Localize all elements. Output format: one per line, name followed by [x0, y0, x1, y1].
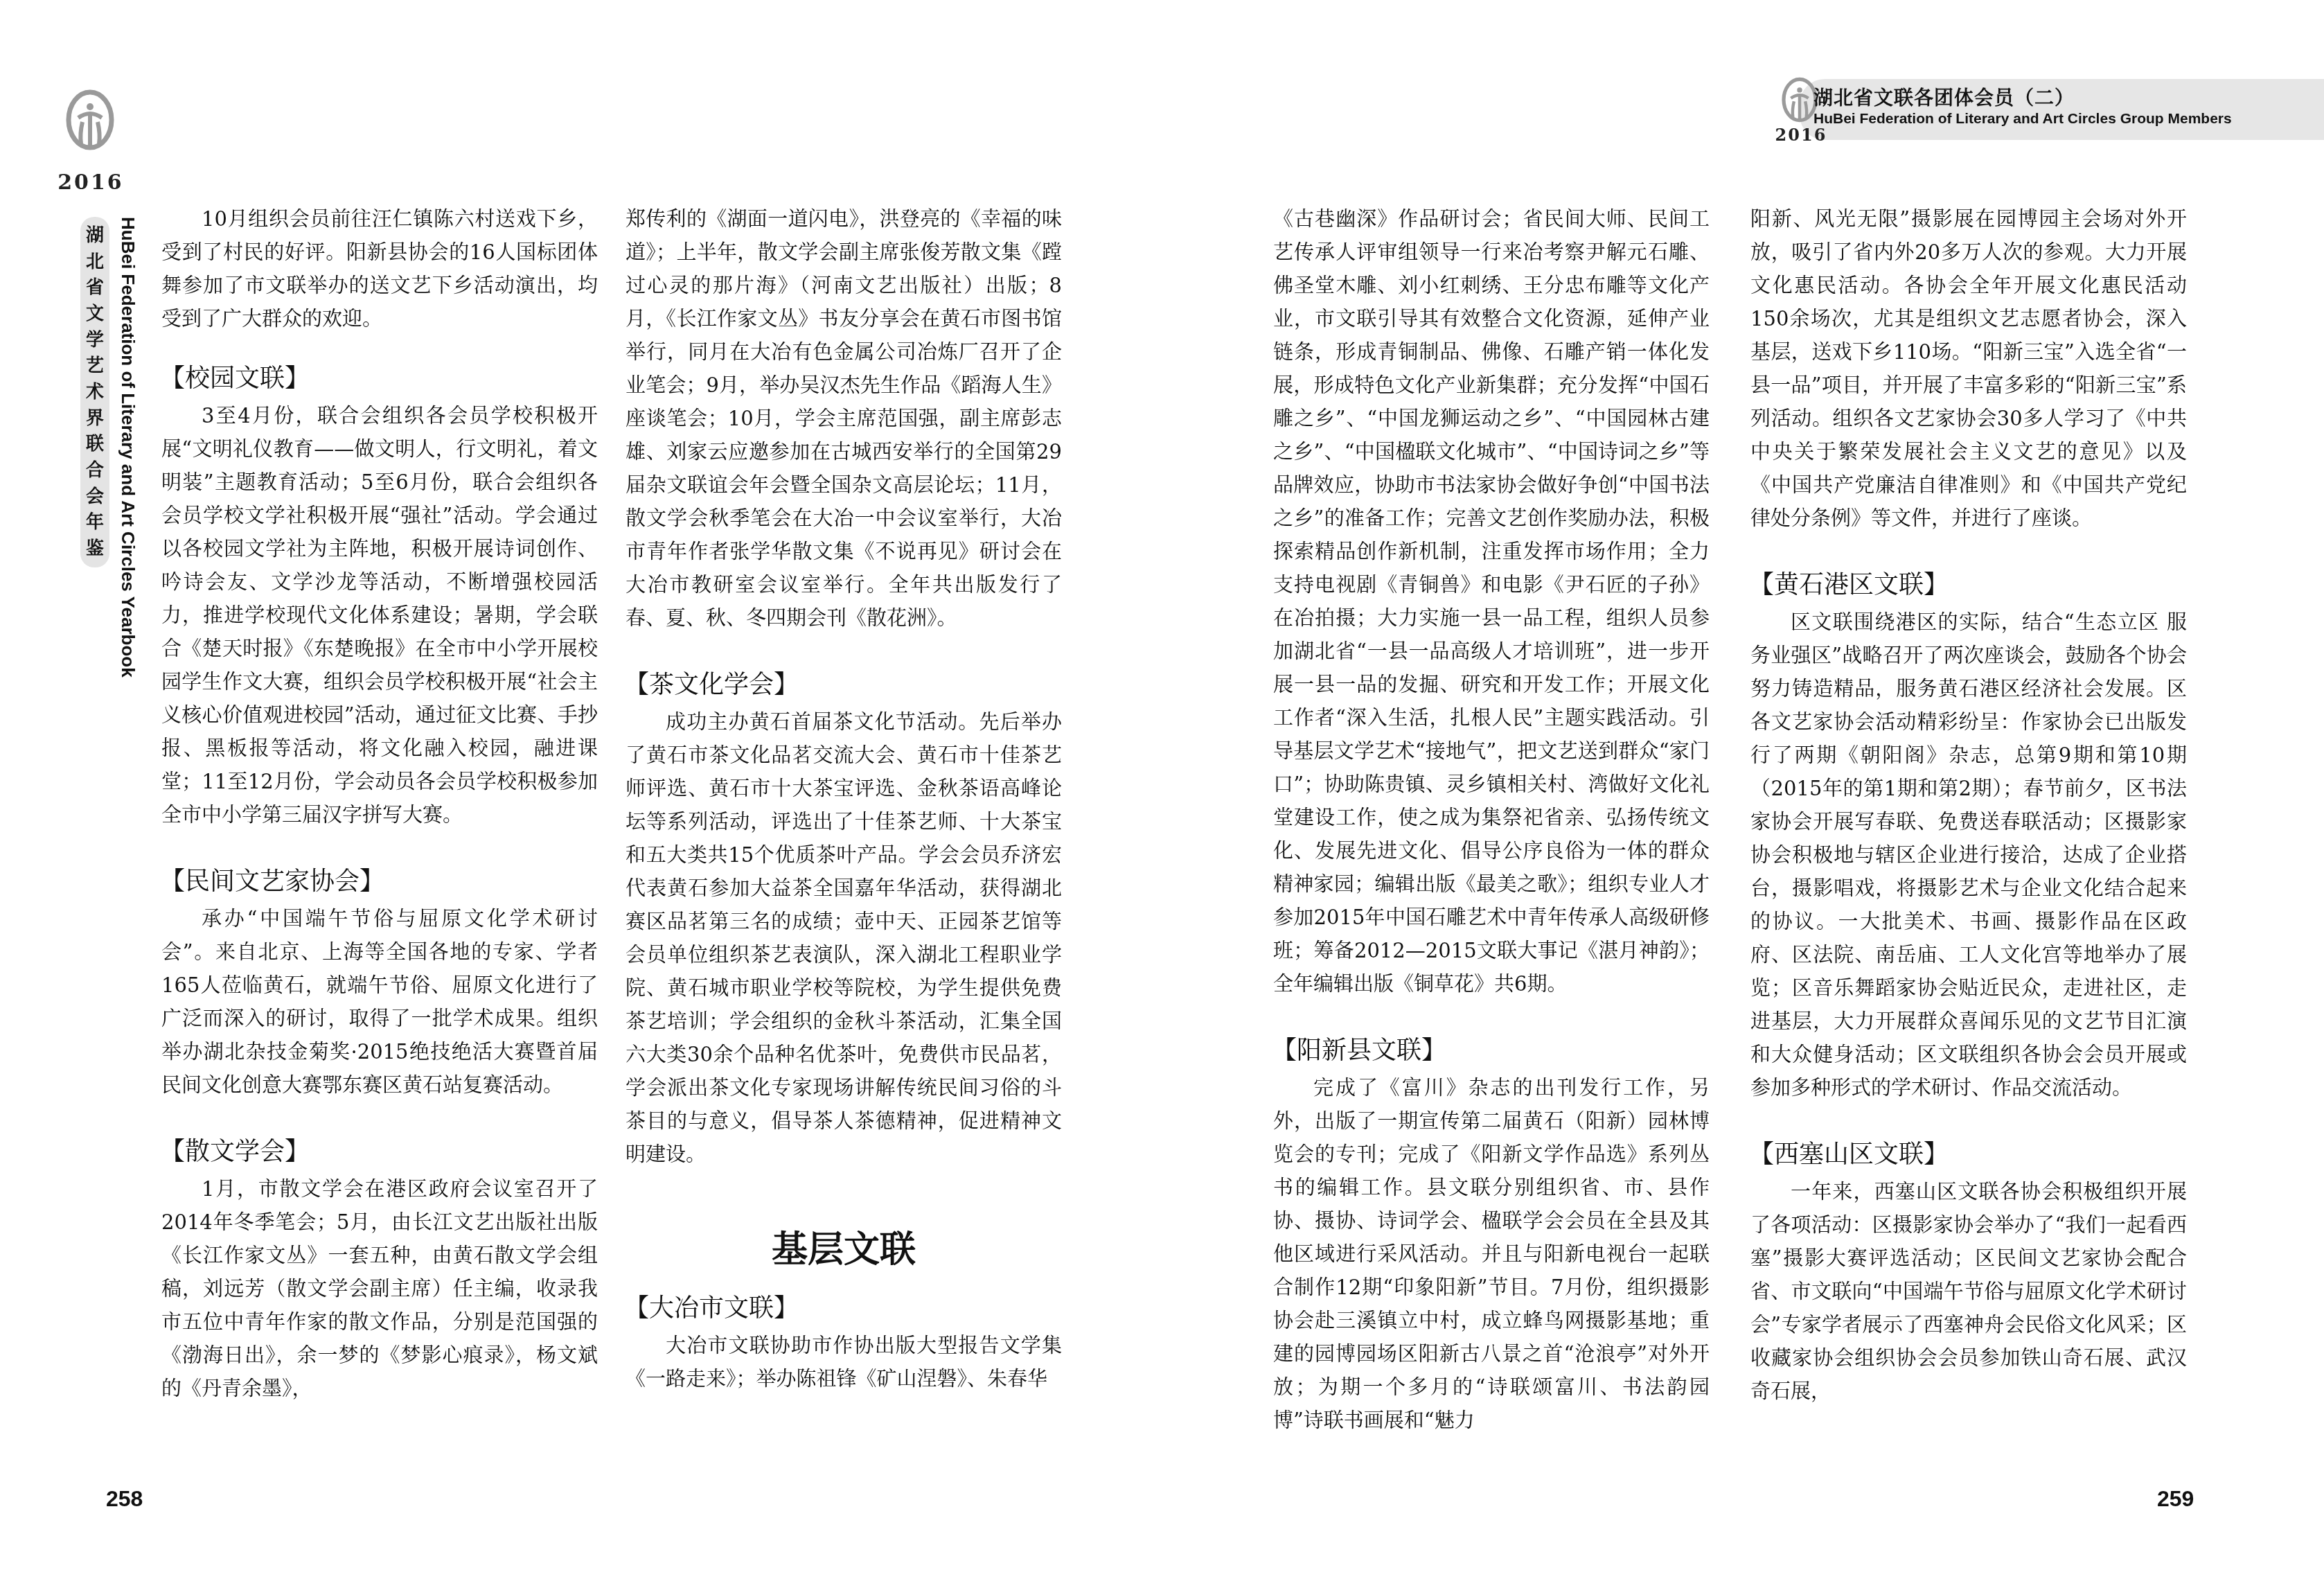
paragraph: 郑传利的《湖面一道闪电》，洪登亮的《幸福的味道》；上半年，散文学会副主席张俊芳散… — [626, 202, 1062, 635]
paragraph: 完成了《富川》杂志的出刊发行工作，另外，出版了一期宣传第二届黄石（阳新）园林博览… — [1273, 1071, 1710, 1437]
spine-char: 鉴 — [86, 540, 104, 558]
section-title: 【黄石港区文联】 — [1749, 568, 2187, 603]
section-title: 【散文学会】 — [160, 1135, 598, 1170]
spine-char: 学 — [86, 331, 104, 349]
running-header-en: HuBei Federation of Literary and Art Cir… — [1813, 111, 2232, 127]
section-title: 【西塞山区文联】 — [1749, 1138, 2187, 1172]
column-1: 10月组织会员前往汪仁镇陈六村送戏下乡，受到了村民的好评。阳新县协会的16人国标… — [161, 202, 598, 1405]
paragraph: 区文联围绕港区的实际，结合“生态立区 服务业强区”战略召开了两次座谈会，鼓励各个… — [1750, 606, 2187, 1104]
paragraph: 大冶市文联协助市作协出版大型报告文学集《一路走来》；举办陈祖锋《矿山涅磐》、朱春… — [626, 1329, 1062, 1395]
spine-char: 文 — [86, 305, 104, 323]
column-4: 阳新、风光无限”摄影展在园博园主会场对外开放，吸引了省内外20多万人次的参观。大… — [1750, 202, 2187, 1408]
spine-char: 艺 — [86, 357, 104, 375]
section-title: 【民间文艺家协会】 — [160, 865, 598, 899]
paragraph: 《古巷幽深》作品研讨会；省民间大师、民间工艺传承人评审组领导一行来冶考察尹解元石… — [1273, 202, 1710, 1000]
paragraph: 3至4月份，联合会组织各会员学校积极开展“文明礼仪教育——做文明人，行文明礼，着… — [161, 399, 598, 831]
yearbook-year: 2016 — [1766, 125, 1836, 145]
paragraph: 承办“中国端午节俗与屈原文化学术研讨会”。来自北京、上海等全国各地的专家、学者1… — [161, 902, 598, 1102]
spine-char: 省 — [86, 279, 104, 297]
running-header-cn: 湖北省文联各团体会员（二） — [1813, 83, 2075, 111]
paragraph: 阳新、风光无限”摄影展在园博园主会场对外开放，吸引了省内外20多万人次的参观。大… — [1750, 202, 2187, 535]
yearbook-year: 2016 — [46, 170, 136, 195]
spine-char: 会 — [86, 488, 104, 506]
paragraph: 一年来，西塞山区文联各协会积极组织开展了各项活动：区摄影家协会举办了“我们一起看… — [1750, 1175, 2187, 1408]
section-title: 【茶文化学会】 — [624, 668, 1062, 703]
spine-char: 术 — [86, 383, 104, 401]
column-3: 《古巷幽深》作品研讨会；省民间大师、民间工艺传承人评审组领导一行来冶考察尹解元石… — [1273, 202, 1710, 1437]
spine-title-en: HuBei Federation of Literary and Art Cir… — [116, 217, 139, 567]
spine-title-cn: 湖 北 省 文 学 艺 术 界 联 合 会 年 鉴 — [80, 217, 109, 567]
left-page: 2016 湖 北 省 文 学 艺 术 界 联 合 会 年 鉴 HuBei Fed… — [0, 0, 1162, 1588]
section-title: 【大冶市文联】 — [624, 1291, 1062, 1326]
spine-char: 合 — [86, 461, 104, 479]
spine-char: 界 — [86, 409, 104, 427]
page-number: 259 — [2157, 1486, 2194, 1512]
spine-char: 年 — [86, 513, 104, 531]
paragraph: 10月组织会员前往汪仁镇陈六村送戏下乡，受到了村民的好评。阳新县协会的16人国标… — [161, 202, 598, 335]
federation-emblem-icon — [66, 89, 114, 151]
section-title: 【阳新县文联】 — [1272, 1034, 1710, 1068]
column-2: 郑传利的《湖面一道闪电》，洪登亮的《幸福的味道》；上半年，散文学会副主席张俊芳散… — [626, 202, 1062, 1395]
chapter-title: 基层文联 — [626, 1229, 1062, 1271]
spine-char: 北 — [86, 253, 104, 271]
federation-emblem-icon — [1782, 75, 1818, 125]
paragraph: 成功主办黄石首届茶文化节活动。先后举办了黄石市茶文化品茗交流大会、黄石市十佳茶艺… — [626, 705, 1062, 1171]
section-title: 【校园文联】 — [160, 362, 598, 396]
page-number: 258 — [106, 1486, 143, 1512]
spine-char: 联 — [86, 435, 104, 453]
paragraph: 1月，市散文学会在港区政府会议室召开了2014年冬季笔会；5月，由长江文艺出版社… — [161, 1172, 598, 1405]
spine-char: 湖 — [86, 227, 104, 245]
